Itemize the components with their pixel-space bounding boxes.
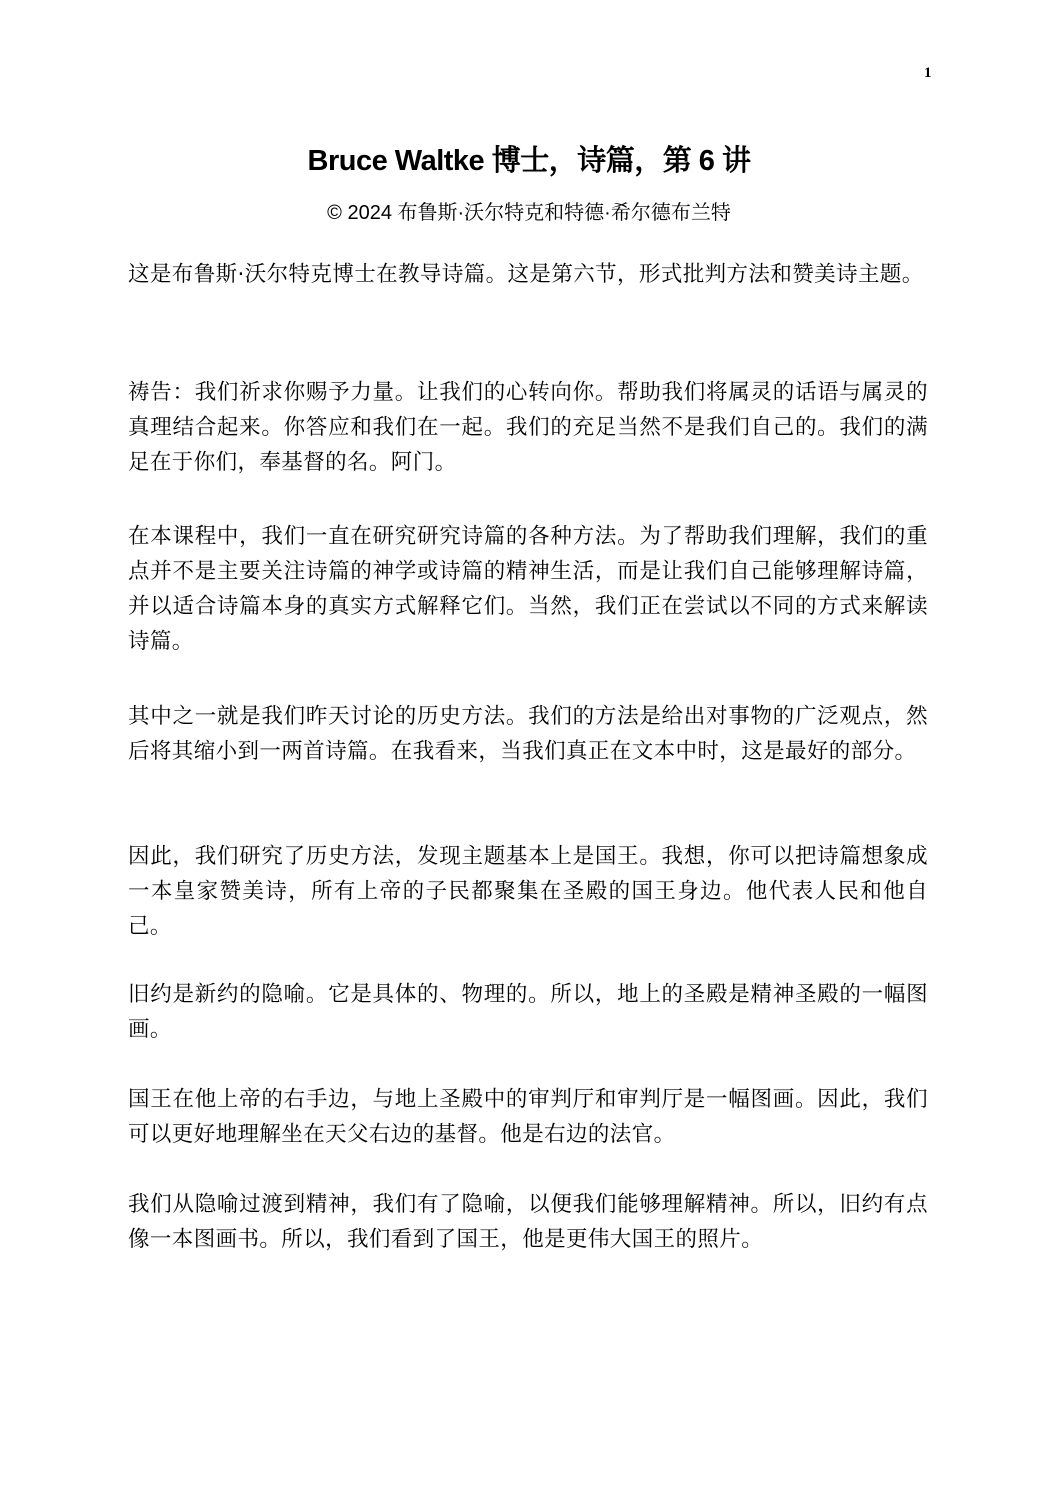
paragraph-picture-book: 我们从隐喻过渡到精神，我们有了隐喻，以便我们能够理解精神。所以，旧约有点像一本图… [128, 1187, 928, 1257]
paragraph-metaphor: 旧约是新约的隐喻。它是具体的、物理的。所以，地上的圣殿是精神圣殿的一幅图画。 [128, 977, 928, 1047]
paragraph-historical-method: 其中之一就是我们昨天讨论的历史方法。我们的方法是给出对事物的广泛观点，然后将其缩… [128, 699, 928, 769]
paragraph-prayer: 祷告：我们祈求你赐予力量。让我们的心转向你。帮助我们将属灵的话语与属灵的真理结合… [128, 375, 928, 480]
paragraph-king-right-hand: 国王在他上帝的右手边，与地上圣殿中的审判厅和审判厅是一幅图画。因此，我们可以更好… [128, 1082, 928, 1152]
page-number: 1 [924, 64, 932, 82]
copyright-line: © 2024 布鲁斯·沃尔特克和特德·希尔德布兰特 [0, 199, 1058, 227]
paragraph-intro: 这是布鲁斯·沃尔特克博士在教导诗篇。这是第六节，形式批判方法和赞美诗主题。 [128, 257, 928, 292]
paragraph-course-methods: 在本课程中，我们一直在研究研究诗篇的各种方法。为了帮助我们理解，我们的重点并不是… [128, 519, 928, 659]
paragraph-king-theme: 因此，我们研究了历史方法，发现主题基本上是国王。我想，你可以把诗篇想象成一本皇家… [128, 839, 928, 944]
document-title: Bruce Waltke 博士，诗篇，第 6 讲 [0, 141, 1058, 181]
